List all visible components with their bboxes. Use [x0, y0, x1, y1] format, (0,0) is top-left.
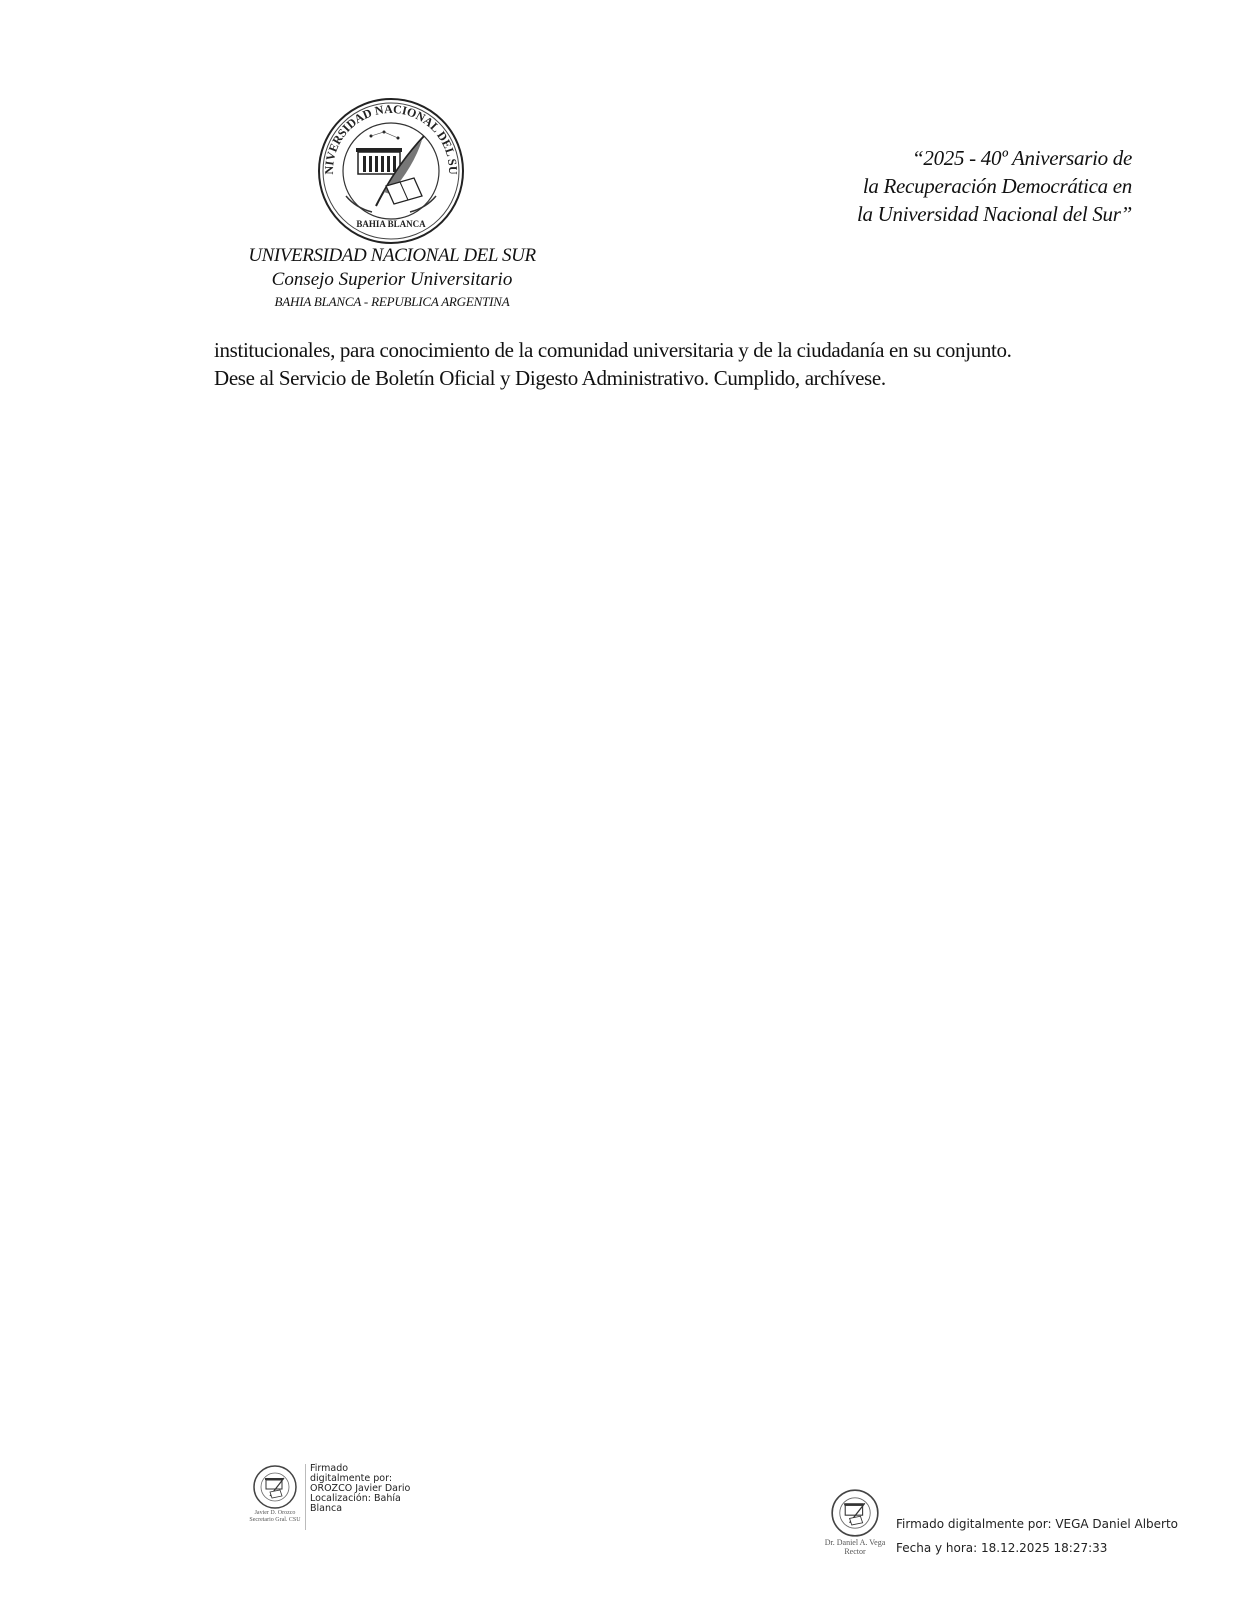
university-seal-icon: UNIVERSIDAD NACIONAL DEL SUR BAHIA BLANC… — [316, 96, 466, 246]
signature-divider — [305, 1464, 306, 1530]
signature-line: Firmado digitalmente por: VEGA Daniel Al… — [896, 1512, 1178, 1536]
stamp-caption: Dr. Daniel A. Vega — [825, 1538, 886, 1547]
signature-text: Firmado digitalmente por: VEGA Daniel Al… — [896, 1488, 1178, 1560]
motto-line: “2025 - 40º Aniversario de — [857, 144, 1132, 172]
council-name: Consejo Superior Universitario — [222, 268, 562, 292]
institution-heading: UNIVERSIDAD NACIONAL DEL SUR Consejo Sup… — [222, 244, 562, 312]
body-line: institucionales, para conocimiento de la… — [214, 336, 1174, 364]
digital-signature-vega: Dr. Daniel A. Vega Rector Firmado digita… — [822, 1488, 1178, 1560]
motto-line: la Recuperación Democrática en — [857, 172, 1132, 200]
stamp-caption: Rector — [844, 1547, 865, 1556]
motto-line: la Universidad Nacional del Sur” — [857, 200, 1132, 228]
signature-stamp: Javier D. Orozco Secretario Gral. CSU — [248, 1464, 302, 1534]
signature-stamp: Dr. Daniel A. Vega Rector — [822, 1488, 888, 1556]
digital-signature-orozco: Javier D. Orozco Secretario Gral. CSU Fi… — [248, 1464, 410, 1534]
document-body: institucionales, para conocimiento de la… — [214, 336, 1174, 392]
body-line: Dese al Servicio de Boletín Oficial y Di… — [214, 364, 1174, 392]
stamp-caption: Javier D. Orozco — [255, 1510, 296, 1517]
signature-line: Blanca — [310, 1504, 410, 1514]
institution-location: BAHIA BLANCA - REPUBLICA ARGENTINA — [222, 292, 562, 312]
svg-text:BAHIA BLANCA: BAHIA BLANCA — [356, 219, 426, 229]
anniversary-motto: “2025 - 40º Aniversario de la Recuperaci… — [857, 144, 1132, 228]
signature-text: Firmado digitalmente por: OROZCO Javier … — [310, 1464, 410, 1534]
stamp-caption: Secretario Gral. CSU — [249, 1517, 300, 1524]
signature-timestamp: Fecha y hora: 18.12.2025 18:27:33 — [896, 1536, 1178, 1560]
university-seal-icon — [830, 1488, 880, 1538]
institution-name: UNIVERSIDAD NACIONAL DEL SUR — [222, 244, 562, 268]
university-seal-icon — [252, 1464, 298, 1510]
